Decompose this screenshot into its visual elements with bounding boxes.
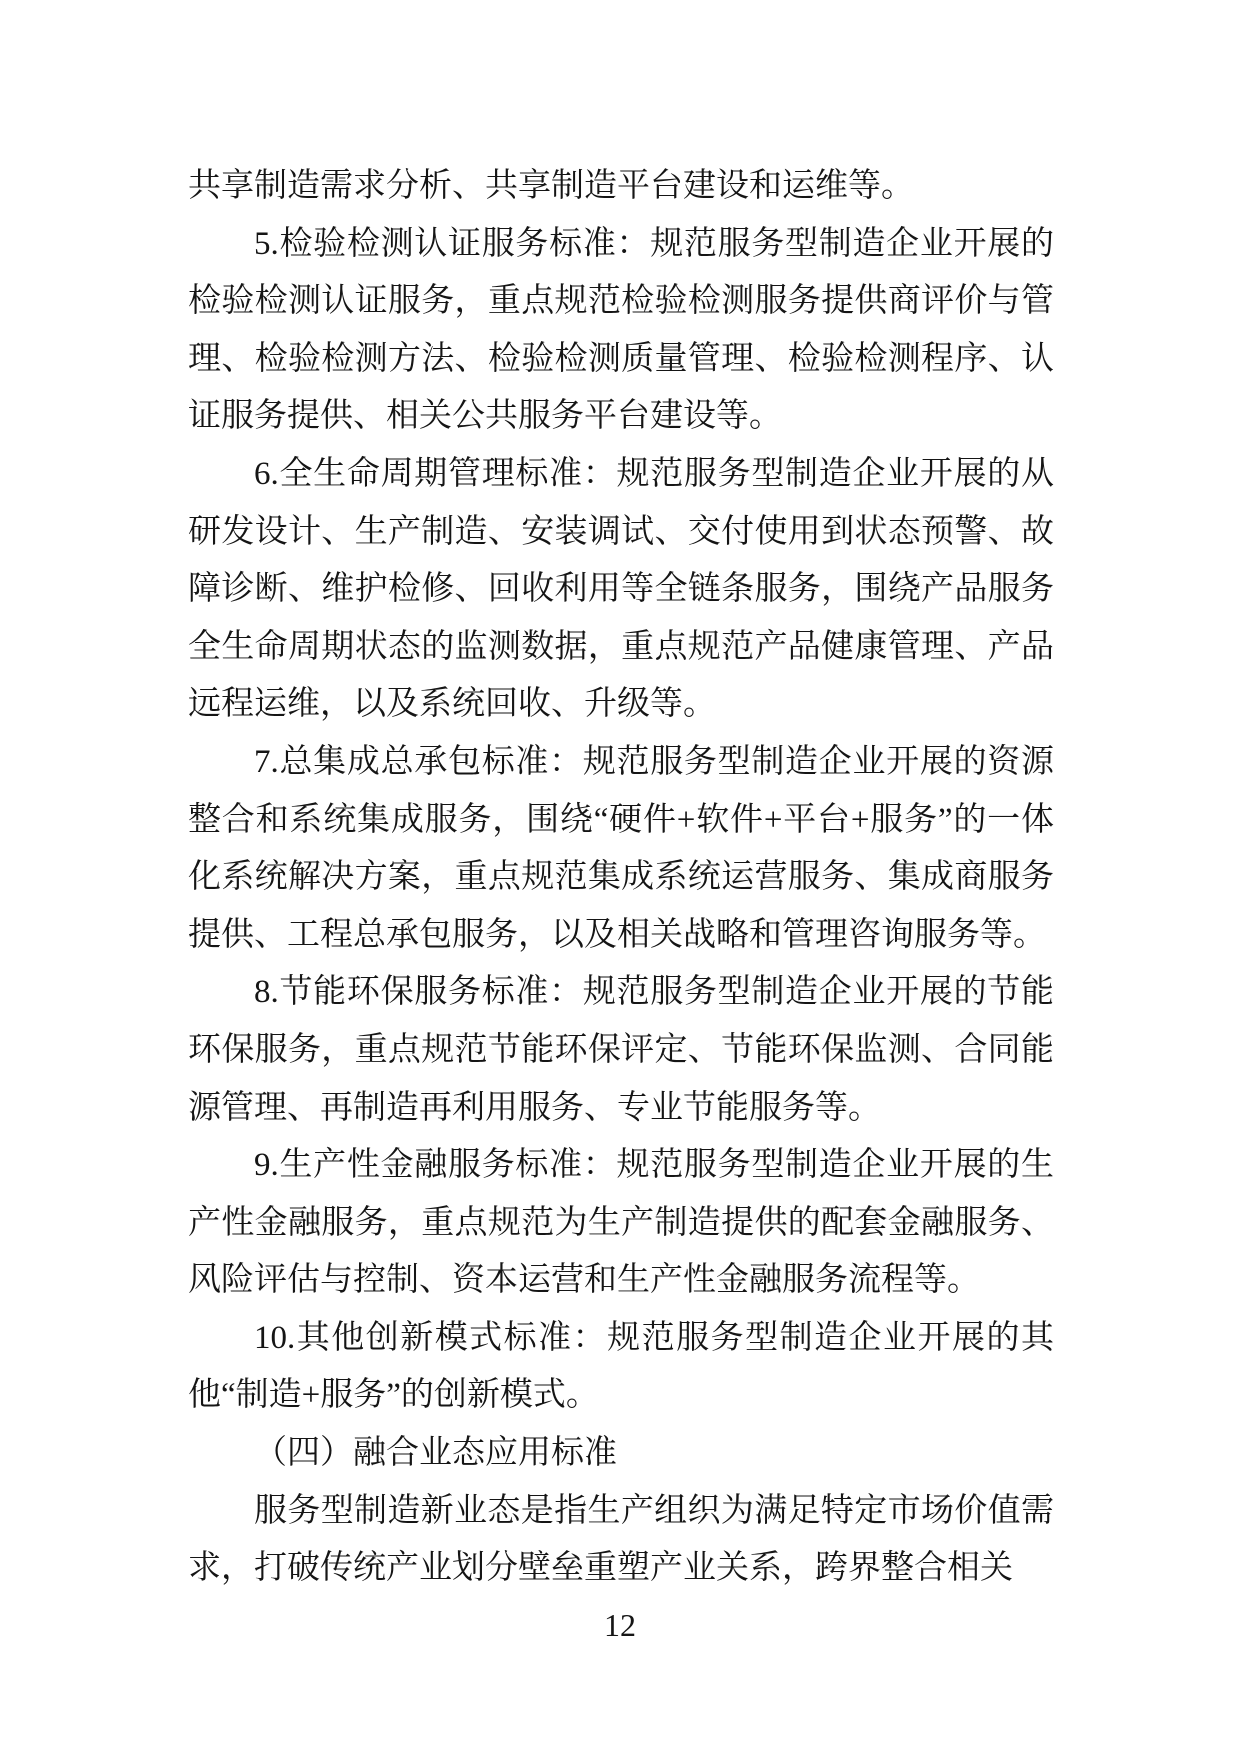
paragraph-item-6: 6.全生命周期管理标准：规范服务型制造企业开展的从研发设计、生产制造、安装调试、… (188, 446, 1054, 734)
page-number: 12 (0, 1605, 1240, 1645)
paragraph-intro-new-business: 服务型制造新业态是指生产组织为满足特定市场价值需求，打破传统产业划分壁垒重塑产业… (188, 1483, 1054, 1598)
section-heading-4: （四）融合业态应用标准 (188, 1425, 1054, 1483)
paragraph-item-8: 8.节能环保服务标准：规范服务型制造企业开展的节能环保服务，重点规范节能环保评定… (188, 964, 1054, 1137)
paragraph-continuation: 共享制造需求分析、共享制造平台建设和运维等。 (188, 158, 1054, 216)
paragraph-item-7: 7.总集成总承包标准：规范服务型制造企业开展的资源整合和系统集成服务，围绕“硬件… (188, 734, 1054, 964)
paragraph-item-5: 5.检验检测认证服务标准：规范服务型制造企业开展的检验检测认证服务，重点规范检验… (188, 216, 1054, 446)
paragraph-item-9: 9.生产性金融服务标准：规范服务型制造企业开展的生产性金融服务，重点规范为生产制… (188, 1137, 1054, 1310)
document-body: 共享制造需求分析、共享制造平台建设和运维等。 5.检验检测认证服务标准：规范服务… (188, 158, 1054, 1598)
paragraph-item-10: 10.其他创新模式标准：规范服务型制造企业开展的其他“制造+服务”的创新模式。 (188, 1310, 1054, 1425)
